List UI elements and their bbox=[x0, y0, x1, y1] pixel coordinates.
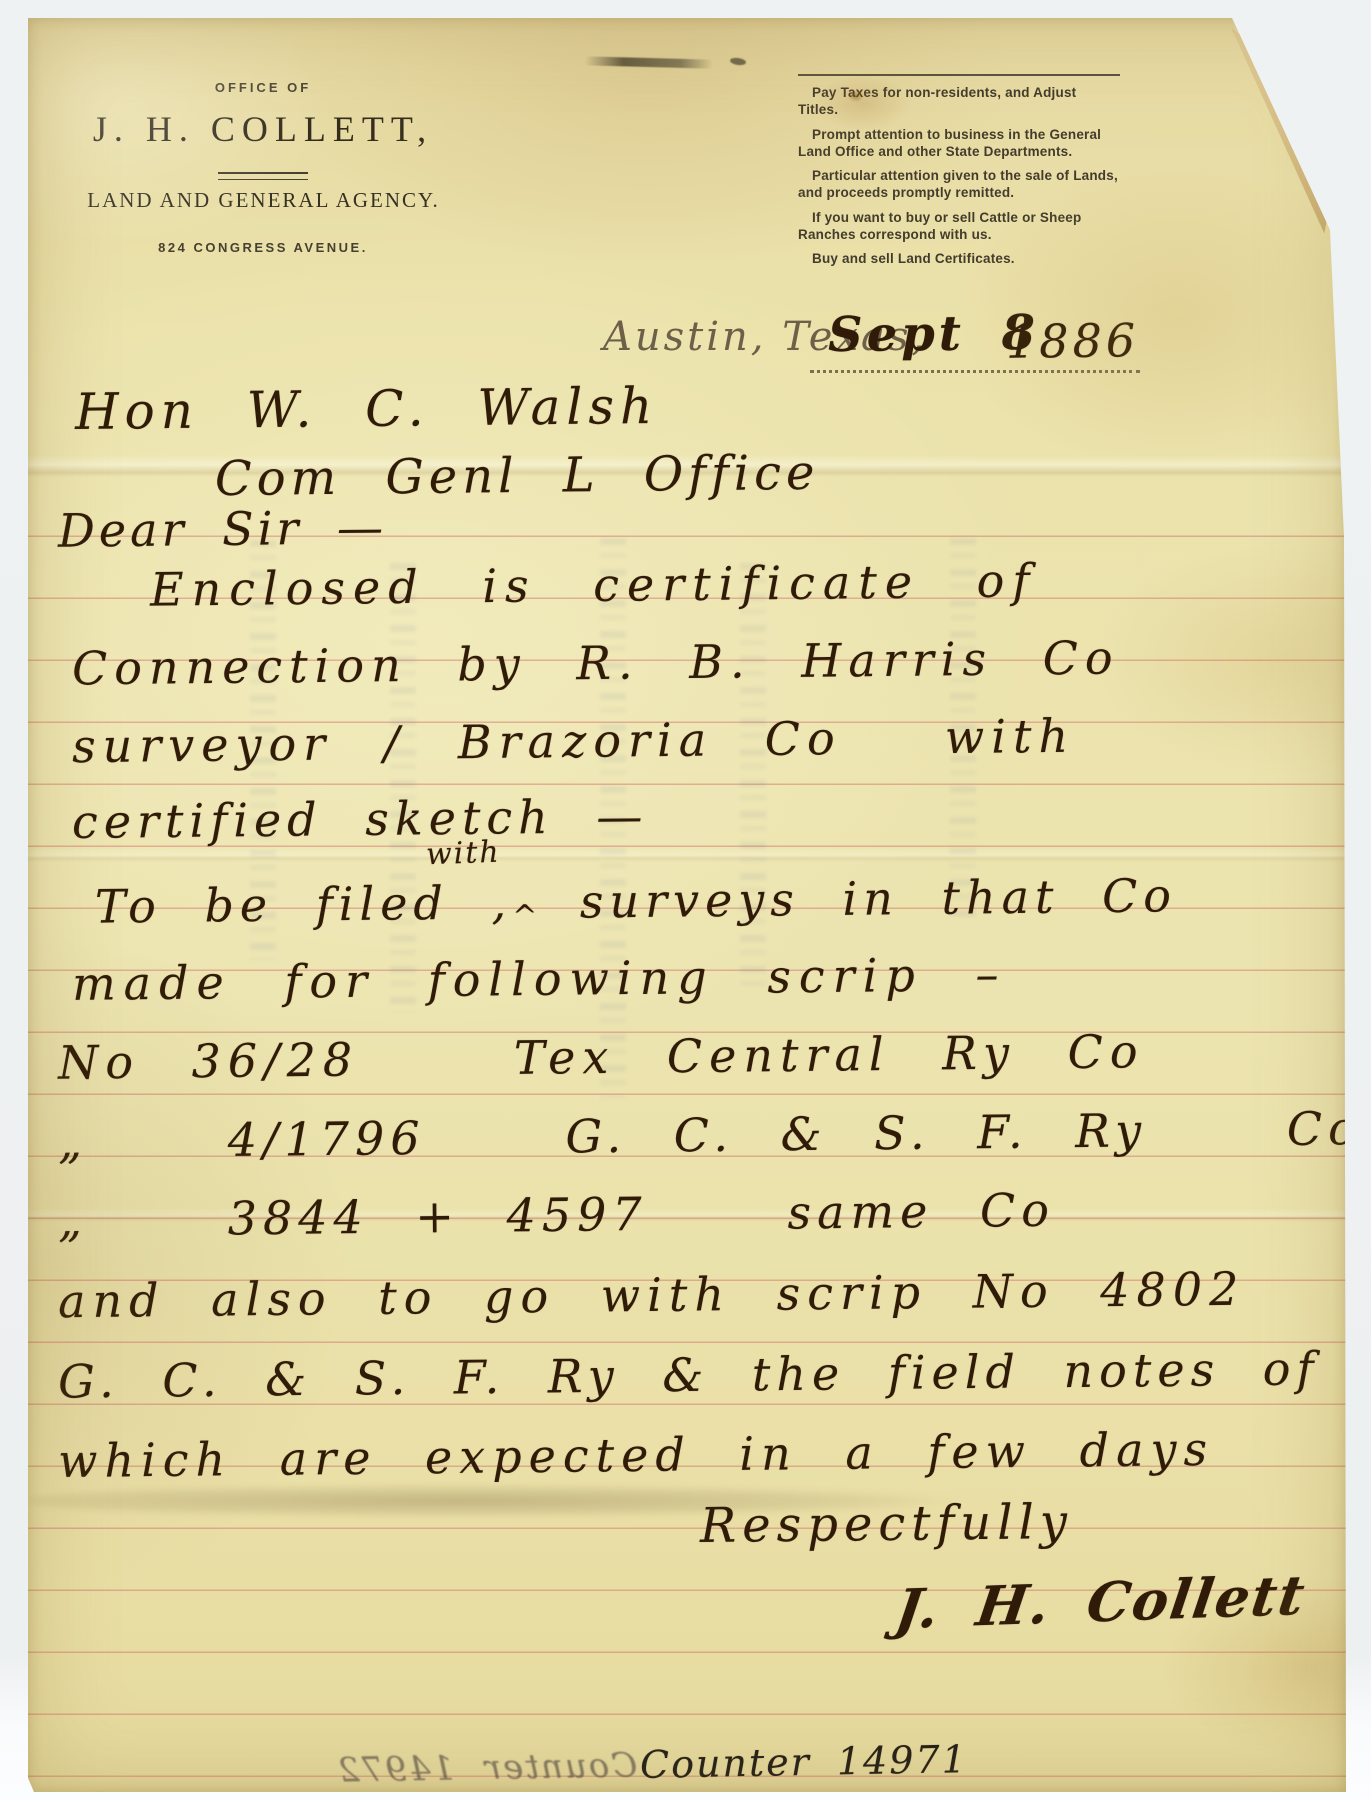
services-top-rule bbox=[798, 74, 1120, 76]
service-line: Pay Taxes for non-residents, and Adjust … bbox=[798, 84, 1120, 119]
body-line-with-insertion: To be filed ,^ surveys in that Co bbox=[95, 868, 1178, 938]
counter-annotation: Counter 14971 bbox=[640, 1737, 969, 1787]
closing-line: Respectfully bbox=[700, 1494, 1074, 1554]
body-line: No 36/28 Tex Central Ry Co bbox=[58, 1024, 1145, 1089]
bleedthrough-ghost-writing bbox=[390, 563, 416, 1013]
signature: J. H. Collett bbox=[892, 1563, 1311, 1642]
printed-date-rule bbox=[810, 370, 1140, 373]
letterhead-services-block: Pay Taxes for non-residents, and Adjust … bbox=[798, 74, 1120, 274]
pen-mark bbox=[585, 56, 713, 68]
service-line: Buy and sell Land Certificates. bbox=[798, 250, 1120, 267]
letter-paper: OFFICE OF J. H. COLLETT, LAND AND GENERA… bbox=[28, 18, 1346, 1792]
letterhead-divider-rule bbox=[218, 172, 308, 180]
insertion-before: To be filed , bbox=[95, 875, 513, 933]
body-line: G. C. & S. F. Ry & the field notes of bbox=[58, 1341, 1320, 1408]
recipient-title-line: Com Genl L Office bbox=[215, 445, 820, 507]
inserted-word: with bbox=[425, 835, 501, 873]
body-line: Enclosed is certificate of bbox=[150, 553, 1038, 616]
salutation-line: Dear Sir — bbox=[58, 500, 388, 557]
fold-crease bbox=[28, 848, 1346, 862]
office-of-label: OFFICE OF bbox=[178, 80, 348, 95]
pen-mark bbox=[730, 57, 747, 66]
agency-address: 824 CONGRESS AVENUE. bbox=[143, 240, 383, 255]
body-line: made for following scrip – bbox=[72, 947, 1007, 1011]
service-line: Particular attention given to the sale o… bbox=[798, 167, 1120, 202]
counter-annotation-mirrored: Counter 14972 bbox=[336, 1745, 638, 1790]
caret-mark: ^ bbox=[512, 899, 538, 934]
agency-name: J. H. COLLETT, bbox=[78, 108, 448, 150]
body-line: „ 4/1796 G. C. & S. F. Ry Co bbox=[58, 1101, 1346, 1169]
folded-corner bbox=[1228, 20, 1346, 238]
body-line: „ 3844 + 4597 same Co bbox=[58, 1183, 1055, 1247]
service-line: Prompt attention to business in the Gene… bbox=[798, 126, 1120, 161]
service-line: If you want to buy or sell Cattle or She… bbox=[798, 209, 1120, 244]
handwritten-year: 1886 bbox=[1006, 313, 1140, 368]
body-line: surveyor / Brazoria Co with bbox=[72, 709, 1076, 774]
body-line: Connection by R. B. Harris Co bbox=[72, 631, 1120, 696]
recipient-line: Hon W. C. Walsh bbox=[75, 377, 659, 441]
scanned-letter-page: { "colors": { "paper": "#ece4b0", "ink":… bbox=[0, 0, 1371, 1800]
body-line: certified sketch — bbox=[72, 789, 649, 849]
body-line: which are expected in a few days bbox=[58, 1422, 1215, 1488]
agency-business-line: LAND AND GENERAL AGENCY. bbox=[76, 188, 451, 213]
insertion-after: surveys in that Co bbox=[537, 868, 1177, 929]
body-line: and also to go with scrip No 4802 bbox=[58, 1262, 1246, 1328]
